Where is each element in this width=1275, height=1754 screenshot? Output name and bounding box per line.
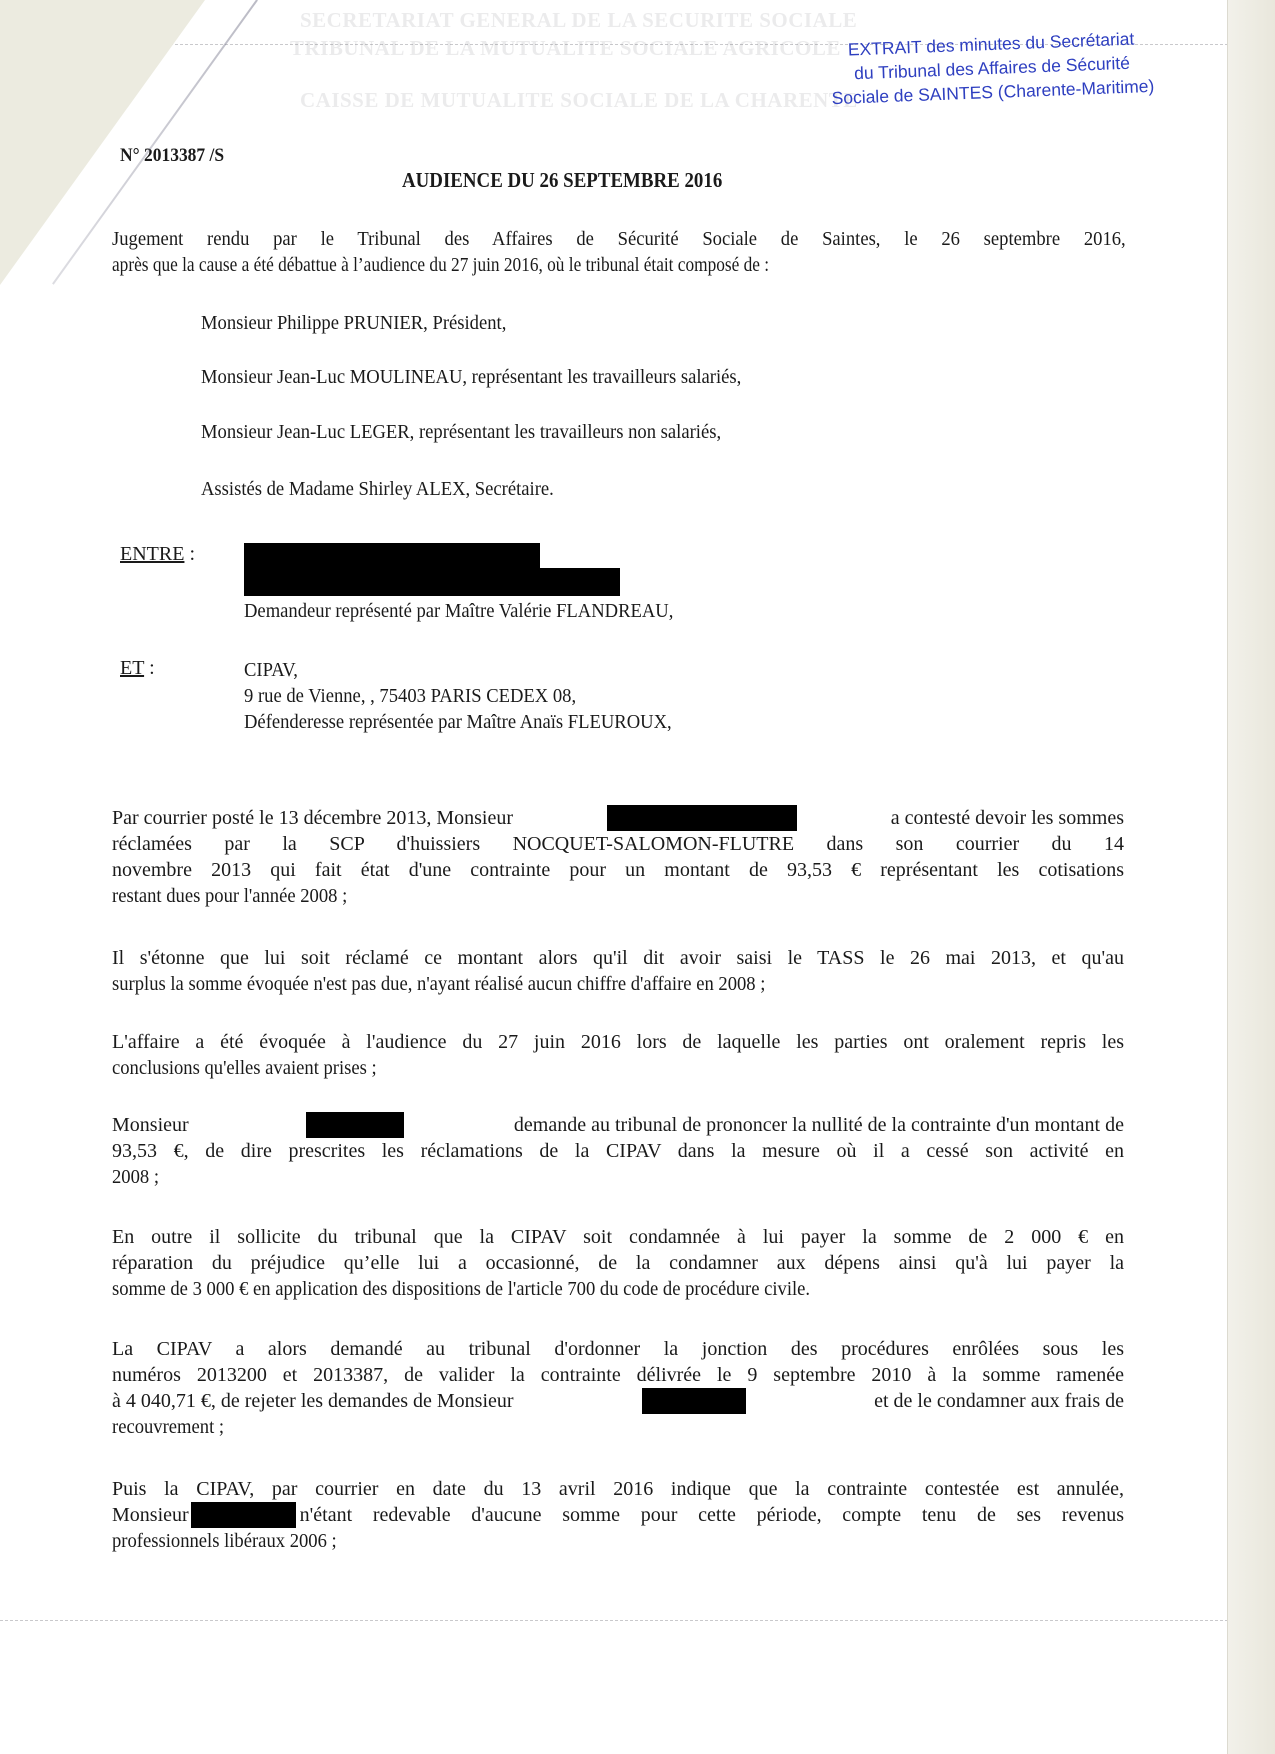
tribunal-president: Monsieur Philippe PRUNIER, Président, — [201, 312, 506, 335]
tribunal-member-employees: Monsieur Jean-Luc MOULINEAU, représentan… — [201, 366, 741, 389]
bleed-through-text: SECRETARIAT GENERAL DE LA SECURITE SOCIA… — [300, 8, 857, 33]
bleed-through-text: CAISSE DE MUTUALITE SOCIALE DE LA CHAREN… — [300, 88, 858, 113]
paragraph-surprise: Il s'étonne que lui soit réclamé ce mont… — [112, 945, 1124, 997]
folded-page-corner — [0, 0, 205, 285]
paragraph-damages: En outre il sollicite du tribunal que la… — [112, 1224, 1124, 1302]
redaction-plaintiff-address — [244, 568, 620, 596]
redaction-name — [607, 805, 797, 831]
intro-line: après que la cause a été débattue à l’au… — [112, 252, 1055, 278]
scan-edge-strip — [1227, 0, 1275, 1754]
defendant-name: CIPAV, — [244, 657, 672, 683]
defendant-label: ET : — [120, 657, 155, 680]
paragraph-cipav-requests: La CIPAV a alors demandé au tribunal d'o… — [112, 1336, 1124, 1440]
court-extract-stamp: EXTRAIT des minutes du Secrétariat du Tr… — [811, 25, 1173, 111]
redaction-name — [191, 1502, 296, 1528]
intro-paragraph: Jugement rendu par le Tribunal des Affai… — [112, 226, 1126, 278]
tribunal-secretary: Assistés de Madame Shirley ALEX, Secréta… — [201, 478, 554, 501]
redaction-name — [306, 1112, 404, 1138]
hearing-title: AUDIENCE DU 26 SEPTEMBRE 2016 — [402, 168, 722, 193]
paragraph-plaintiff-requests: Monsieur demande au tribunal de prononce… — [112, 1112, 1124, 1190]
plaintiff-label: ENTRE : — [120, 543, 195, 566]
bleed-through-rule — [0, 1620, 1228, 1621]
tribunal-member-self-employed: Monsieur Jean-Luc LEGER, représentant le… — [201, 421, 721, 444]
redaction-name — [642, 1388, 746, 1414]
paragraph-contestation: Par courrier posté le 13 décembre 2013, … — [112, 805, 1124, 909]
defendant-block: CIPAV, 9 rue de Vienne, , 75403 PARIS CE… — [244, 657, 672, 735]
defendant-representation: Défenderesse représentée par Maître Anaï… — [244, 709, 672, 735]
paragraph-hearing: L'affaire a été évoquée à l'audience du … — [112, 1029, 1124, 1081]
defendant-address: 9 rue de Vienne, , 75403 PARIS CEDEX 08, — [244, 683, 672, 709]
plaintiff-representation: Demandeur représenté par Maître Valérie … — [244, 598, 673, 624]
paragraph-cancellation: Puis la CIPAV, par courrier en date du 1… — [112, 1476, 1124, 1554]
bleed-through-text: TRIBUNAL DE LA MUTUALITE SOCIALE AGRICOL… — [290, 36, 841, 61]
intro-line: Jugement rendu par le Tribunal des Affai… — [112, 226, 1126, 252]
